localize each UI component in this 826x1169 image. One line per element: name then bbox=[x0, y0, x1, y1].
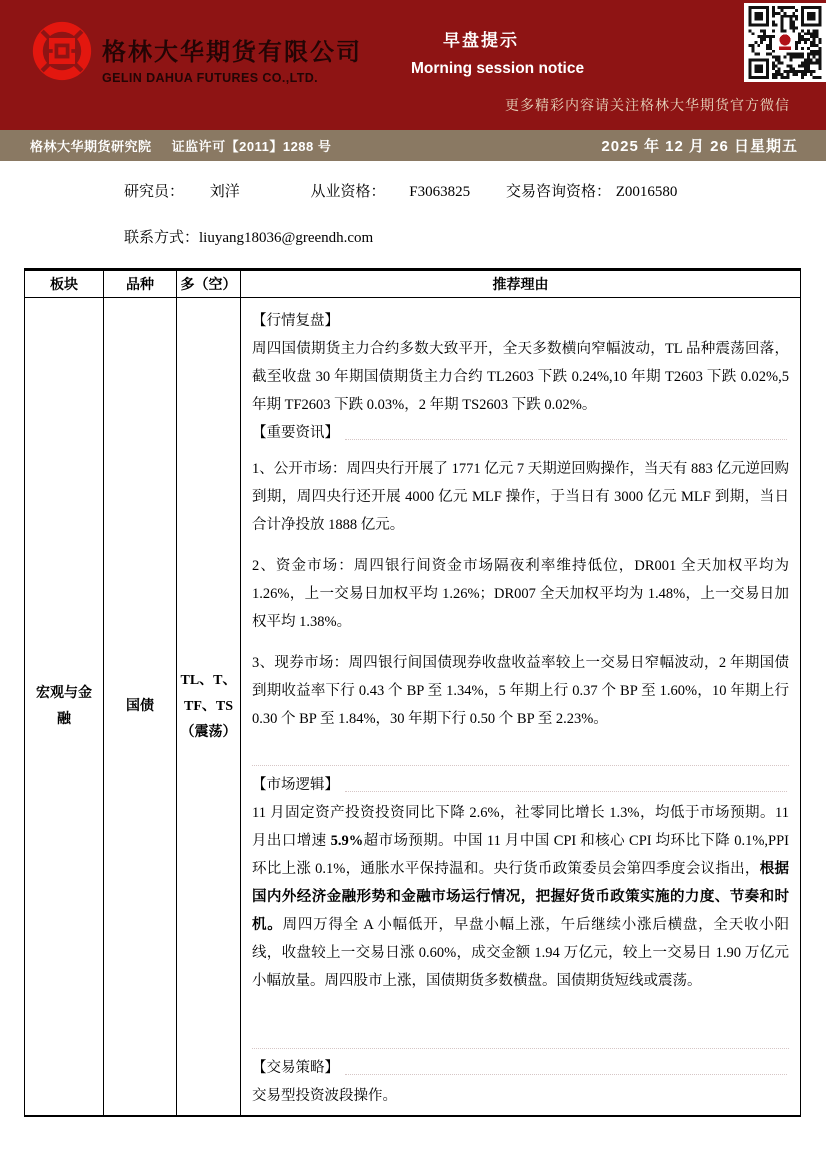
strategy-paragraph: 交易型投资波段操作。 bbox=[252, 1082, 789, 1110]
company-logo-icon bbox=[31, 19, 93, 83]
contact-label: 联系方式： bbox=[124, 230, 199, 246]
advisory-label: 交易咨询资格： bbox=[506, 182, 612, 202]
logic-paragraph: 11 月固定资产投资投资同比下降 2.6%，社零同比增长 1.3%，均低于市场预… bbox=[252, 799, 789, 995]
license-number: 证监许可【2011】1288 号 bbox=[172, 139, 332, 154]
header-sector: 板块 bbox=[25, 270, 104, 298]
wechat-note: 更多精彩内容请关注格林大华期货官方微信 bbox=[505, 95, 790, 115]
recommendation-table: 板块 品种 多（空） 推荐理由 宏观与金融 国债 TL、T、 TF、TS （震荡… bbox=[24, 268, 801, 1117]
news-item-1: 1、公开市场：周四央行开展了 1771 亿元 7 天期逆回购操作，当天有 883… bbox=[252, 455, 789, 539]
dotted-divider bbox=[252, 765, 789, 766]
header-banner: 格林大华期货有限公司 GELIN DAHUA FUTURES CO.,LTD. … bbox=[0, 0, 826, 130]
table-row: 宏观与金融 国债 TL、T、 TF、TS （震荡） 【行情复盘】 周四国债期货主… bbox=[25, 298, 801, 1117]
researcher-line-2: 联系方式：liuyang18036@greendh.com bbox=[124, 228, 784, 248]
review-paragraph: 周四国债期货主力合约多数大致平开，全天多数横向窄幅波动，TL 品种震荡回落，截至… bbox=[252, 335, 789, 419]
institute-name: 格林大华期货研究院 bbox=[30, 139, 152, 154]
cell-variety: 国债 bbox=[104, 298, 177, 1117]
header-reason: 推荐理由 bbox=[241, 270, 801, 298]
section-heading-logic: 【市场逻辑】 bbox=[252, 771, 789, 799]
researcher-role-label: 研究员： bbox=[124, 182, 206, 202]
report-date: 2025 年 12 月 26 日星期五 bbox=[601, 135, 798, 156]
company-name-block: 格林大华期货有限公司 GELIN DAHUA FUTURES CO.,LTD. bbox=[102, 32, 362, 85]
dotted-leader bbox=[345, 1073, 787, 1075]
table-header-row: 板块 品种 多（空） 推荐理由 bbox=[25, 270, 801, 298]
news-item-3: 3、现券市场：周四银行间国债现券收盘收益率较上一交易日窄幅波动，2 年期国债到期… bbox=[252, 649, 789, 733]
cell-sector: 宏观与金融 bbox=[25, 298, 104, 1117]
reason-content: 【行情复盘】 周四国债期货主力合约多数大致平开，全天多数横向窄幅波动，TL 品种… bbox=[242, 299, 799, 1114]
morning-report-page: 格林大华期货有限公司 GELIN DAHUA FUTURES CO.,LTD. … bbox=[0, 0, 826, 1169]
company-name-en: GELIN DAHUA FUTURES CO.,LTD. bbox=[102, 71, 362, 85]
company-name-cn: 格林大华期货有限公司 bbox=[102, 32, 362, 67]
section-heading-review: 【行情复盘】 bbox=[252, 307, 789, 335]
report-title-cn: 早盘提示 bbox=[443, 26, 519, 51]
header-position: 多（空） bbox=[177, 270, 241, 298]
researcher-block: 研究员： 刘洋 从业资格： F3063825 交易咨询资格： Z0016580 … bbox=[124, 182, 784, 248]
cell-reason: 【行情复盘】 周四国债期货主力合约多数大致平开，全天多数横向窄幅波动，TL 品种… bbox=[241, 298, 801, 1117]
cell-position: TL、T、 TF、TS （震荡） bbox=[177, 298, 241, 1117]
dotted-divider bbox=[252, 1048, 789, 1049]
researcher-name: 刘洋 bbox=[210, 182, 307, 202]
logic-bold-1: 5.9% bbox=[331, 833, 364, 849]
dotted-leader bbox=[345, 438, 787, 440]
institute-license: 格林大华期货研究院 证监许可【2011】1288 号 bbox=[30, 136, 331, 155]
logic-part-3: 周四万得全 A 小幅低开，早盘小幅上涨，午后继续小涨后横盘，全天收小阳线，收盘较… bbox=[252, 917, 789, 989]
section-heading-news: 【重要资讯】 bbox=[252, 419, 789, 447]
contact-email: liuyang18036@greendh.com bbox=[199, 230, 373, 246]
news-item-2: 2、资金市场：周四银行间资金市场隔夜利率维持低位，DR001 全天加权平均为 1… bbox=[252, 552, 789, 636]
researcher-line-1: 研究员： 刘洋 从业资格： F3063825 交易咨询资格： Z0016580 bbox=[124, 182, 784, 202]
section-heading-strategy: 【交易策略】 bbox=[252, 1054, 789, 1082]
advisory-number: Z0016580 bbox=[616, 184, 678, 200]
report-title-en: Morning session notice bbox=[411, 60, 584, 78]
cert-label: 从业资格： bbox=[311, 182, 406, 202]
institute-bar: 格林大华期货研究院 证监许可【2011】1288 号 2025 年 12 月 2… bbox=[0, 130, 826, 161]
wechat-qr-code bbox=[744, 3, 826, 82]
cert-number: F3063825 bbox=[409, 182, 502, 202]
dotted-leader bbox=[345, 790, 787, 792]
header-variety: 品种 bbox=[104, 270, 177, 298]
